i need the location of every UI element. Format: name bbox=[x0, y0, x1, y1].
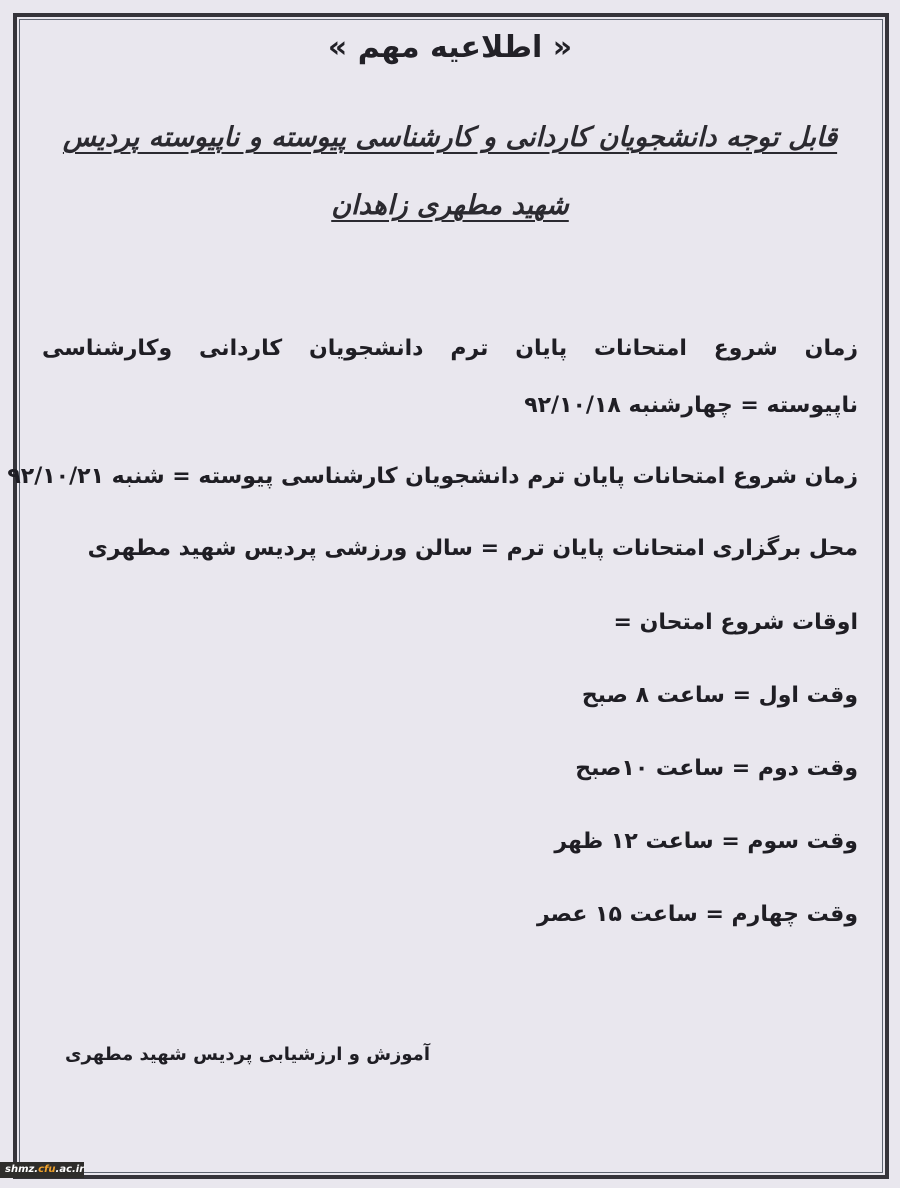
signature: آموزش و ارزشیابی پردیس شهید مطهری bbox=[100, 1044, 430, 1065]
site-watermark: shmz.cfu.ac.ir bbox=[0, 1162, 84, 1178]
exam-time-third: وقت سوم = ساعت ۱۲ ظهر bbox=[554, 829, 858, 854]
watermark-prefix: shmz. bbox=[5, 1164, 38, 1175]
watermark-accent: cfu bbox=[38, 1164, 55, 1175]
notice-subtitle-line-2: شهید مطهری زاهدان bbox=[0, 190, 900, 221]
exam-times-heading: اوقات شروع امتحان = bbox=[614, 610, 858, 635]
exam-location: محل برگزاری امتحانات پایان ترم = سالن ور… bbox=[88, 536, 858, 561]
exam-start-continuous-bachelor: زمان شروع امتحانات پایان ترم دانشجویان ک… bbox=[7, 464, 858, 489]
watermark-suffix: .ac.ir bbox=[56, 1164, 85, 1175]
notice-subtitle-line-1: قابل توجه دانشجویان کاردانی و کارشناسی پ… bbox=[0, 122, 900, 153]
exam-start-associate-bachelor-line-1: زمان شروع امتحانات پایان ترم دانشجویان ک… bbox=[42, 336, 858, 361]
exam-time-fourth: وقت چهارم = ساعت ۱۵ عصر bbox=[537, 902, 858, 927]
exam-time-second: وقت دوم = ساعت ۱۰صبح bbox=[575, 756, 858, 781]
exam-time-first: وقت اول = ساعت ۸ صبح bbox=[582, 683, 858, 708]
notice-title: « اطلاعیه مهم » bbox=[0, 30, 900, 65]
exam-start-associate-bachelor-date: ناپیوسته = چهارشنبه ۹۲/۱۰/۱۸ bbox=[524, 393, 858, 418]
notice-document: « اطلاعیه مهم » قابل توجه دانشجویان کارد… bbox=[0, 0, 900, 1188]
